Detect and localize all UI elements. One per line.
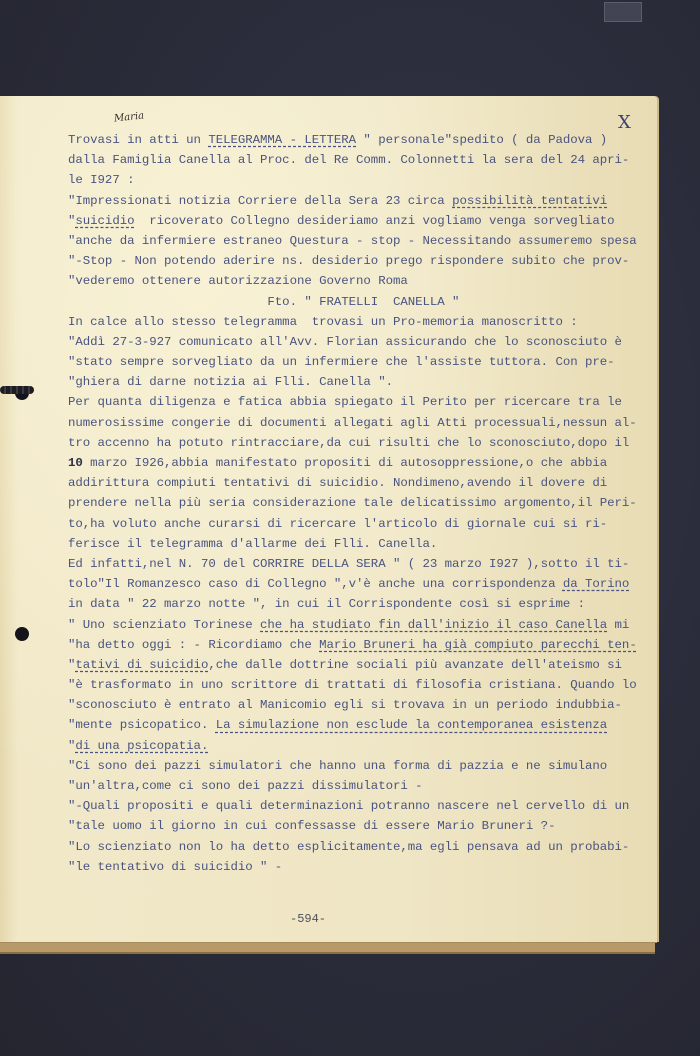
line-text: In calce allo stesso telegramma trovasi …: [68, 315, 578, 329]
line-text: ricoverato Collegno desideriamo anzi vog…: [134, 214, 614, 228]
line-text: dalla Famiglia Canella al Proc. del Re C…: [68, 153, 629, 167]
line-text: "Lo scienziato non lo ha detto esplicita…: [68, 840, 629, 854]
page-number: -594-: [290, 912, 326, 926]
line-text: in data " 22 marzo notte ", in cui il Co…: [68, 597, 585, 611]
underlined-text: possibilità tentativi: [452, 194, 607, 208]
line-text: Per quanta diligenza e fatica abbia spie…: [68, 395, 622, 409]
text-line: Ed infatti,nel N. 70 del CORRIRE DELLA S…: [68, 554, 658, 574]
text-line: dalla Famiglia Canella al Proc. del Re C…: [68, 150, 658, 170]
line-text: to,ha voluto anche curarsi di ricercare …: [68, 517, 607, 531]
line-text: "vederemo ottenere autorizzazione Govern…: [68, 274, 408, 288]
line-text: mi: [607, 618, 629, 632]
text-line: "sconosciuto è entrato al Manicomio egli…: [68, 695, 658, 715]
text-line: " Uno scienziato Torinese che ha studiat…: [68, 615, 658, 635]
text-line: tolo"Il Romanzesco caso di Collegno ",v'…: [68, 574, 658, 594]
text-line: "stato sempre sorvegliato da un infermie…: [68, 352, 658, 372]
line-text: Trovasi in atti un: [68, 133, 208, 147]
page-stack-edge: [0, 940, 655, 954]
text-line: Fto. " FRATELLI CANELLA ": [68, 292, 658, 312]
line-text: prendere nella più seria considerazione …: [68, 496, 637, 510]
text-line: Per quanta diligenza e fatica abbia spie…: [68, 392, 658, 412]
line-text: tro accenno ha potuto rintracciare,da cu…: [68, 436, 629, 450]
text-line: "-Stop - Non potendo aderire ns. desider…: [68, 251, 658, 271]
line-text: addirittura compiuti tentativi di suicid…: [68, 476, 607, 490]
text-line: "Lo scienziato non lo ha detto esplicita…: [68, 837, 658, 857]
text-line: Trovasi in atti un TELEGRAMMA - LETTERA …: [68, 130, 658, 150]
text-line: "Ci sono dei pazzi simulatori che hanno …: [68, 756, 658, 776]
line-text: Ed infatti,nel N. 70 del CORRIRE DELLA S…: [68, 557, 629, 571]
line-text: le I927 :: [68, 173, 134, 187]
text-line: addirittura compiuti tentativi di suicid…: [68, 473, 658, 493]
text-line: tro accenno ha potuto rintracciare,da cu…: [68, 433, 658, 453]
text-line: In calce allo stesso telegramma trovasi …: [68, 312, 658, 332]
text-line: "ghiera di darne notizia ai Flli. Canell…: [68, 372, 658, 392]
text-line: le I927 :: [68, 170, 658, 190]
text-line: "di una psicopatia.: [68, 736, 658, 756]
text-line: "tativi di suicidio,che dalle dottrine s…: [68, 655, 658, 675]
binding-hole-icon: [15, 627, 29, 641]
binding-string: [0, 386, 34, 394]
text-line: in data " 22 marzo notte ", in cui il Co…: [68, 594, 658, 614]
underlined-text: suicidio: [75, 214, 134, 228]
text-line: "mente psicopatico. La simulazione non e…: [68, 715, 658, 735]
bold-overstrike-text: 10: [68, 456, 83, 470]
underlined-text: TELEGRAMMA - LETTERA: [208, 133, 356, 147]
line-text: "-Quali propositi e quali determinazioni…: [68, 799, 629, 813]
text-line: "suicidio ricoverato Collegno desideriam…: [68, 211, 658, 231]
text-line: 10 marzo I926,abbia manifestato proposit…: [68, 453, 658, 473]
underlined-text: La simulazione non esclude la contempora…: [216, 718, 607, 732]
line-text: "mente psicopatico.: [68, 718, 216, 732]
underlined-text: da Torino: [563, 577, 629, 591]
line-text: "ghiera di darne notizia ai Flli. Canell…: [68, 375, 393, 389]
line-text: marzo I926,abbia manifestato propositi d…: [83, 456, 607, 470]
underlined-text: di una psicopatia.: [75, 739, 208, 753]
text-line: "Impressionati notizia Corriere della Se…: [68, 191, 658, 211]
text-line: "anche da infermiere estraneo Questura -…: [68, 231, 658, 251]
text-line: "le tentativo di suicidio " -: [68, 857, 658, 877]
line-text: "ha detto oggi : - Ricordiamo che: [68, 638, 319, 652]
text-line: "ha detto oggi : - Ricordiamo che Mario …: [68, 635, 658, 655]
line-text: ferisce il telegramma d'allarme dei Flli…: [68, 537, 437, 551]
line-text: "le tentativo di suicidio " -: [68, 860, 282, 874]
line-text: " Uno scienziato Torinese: [68, 618, 260, 632]
line-text: "sconosciuto è entrato al Manicomio egli…: [68, 698, 622, 712]
line-text: " personale"spedito ( da Padova ): [356, 133, 607, 147]
text-line: "un'altra,come ci sono dei pazzi dissimu…: [68, 776, 658, 796]
text-line: "-Quali propositi e quali determinazioni…: [68, 796, 658, 816]
text-line: prendere nella più seria considerazione …: [68, 493, 658, 513]
document-body: Trovasi in atti un TELEGRAMMA - LETTERA …: [68, 130, 658, 877]
text-line: ferisce il telegramma d'allarme dei Flli…: [68, 534, 658, 554]
line-text: "-Stop - Non potendo aderire ns. desider…: [68, 254, 629, 268]
text-line: numerosissime congerie di documenti alle…: [68, 413, 658, 433]
line-text: "stato sempre sorvegliato da un infermie…: [68, 355, 615, 369]
line-text: tolo"Il Romanzesco caso di Collegno ",v'…: [68, 577, 563, 591]
text-line: "vederemo ottenere autorizzazione Govern…: [68, 271, 658, 291]
archive-label-tag: [604, 2, 642, 22]
line-text: numerosissime congerie di documenti alle…: [68, 416, 637, 430]
text-line: "è trasformato in uno scrittore di tratt…: [68, 675, 658, 695]
line-text: "tale uomo il giorno in cui confessasse …: [68, 819, 555, 833]
line-text: ,che dalle dottrine sociali più avanzate…: [208, 658, 622, 672]
underlined-text: che ha studiato fin dall'inizio il caso …: [260, 618, 607, 632]
text-line: "Addì 27-3-927 comunicato all'Avv. Flori…: [68, 332, 658, 352]
underlined-text: tativi di suicidio: [75, 658, 208, 672]
underlined-text: Mario Bruneri ha già compiuto parecchi t…: [319, 638, 637, 652]
line-text: "anche da infermiere estraneo Questura -…: [68, 234, 637, 248]
text-line: "tale uomo il giorno in cui confessasse …: [68, 816, 658, 836]
line-text: "Addì 27-3-927 comunicato all'Avv. Flori…: [68, 335, 622, 349]
text-line: to,ha voluto anche curarsi di ricercare …: [68, 514, 658, 534]
line-text: "è trasformato in uno scrittore di tratt…: [68, 678, 637, 692]
line-text: "Impressionati notizia Corriere della Se…: [68, 194, 452, 208]
line-text: Fto. " FRATELLI CANELLA ": [68, 295, 459, 309]
line-text: "un'altra,come ci sono dei pazzi dissimu…: [68, 779, 423, 793]
line-text: "Ci sono dei pazzi simulatori che hanno …: [68, 759, 607, 773]
